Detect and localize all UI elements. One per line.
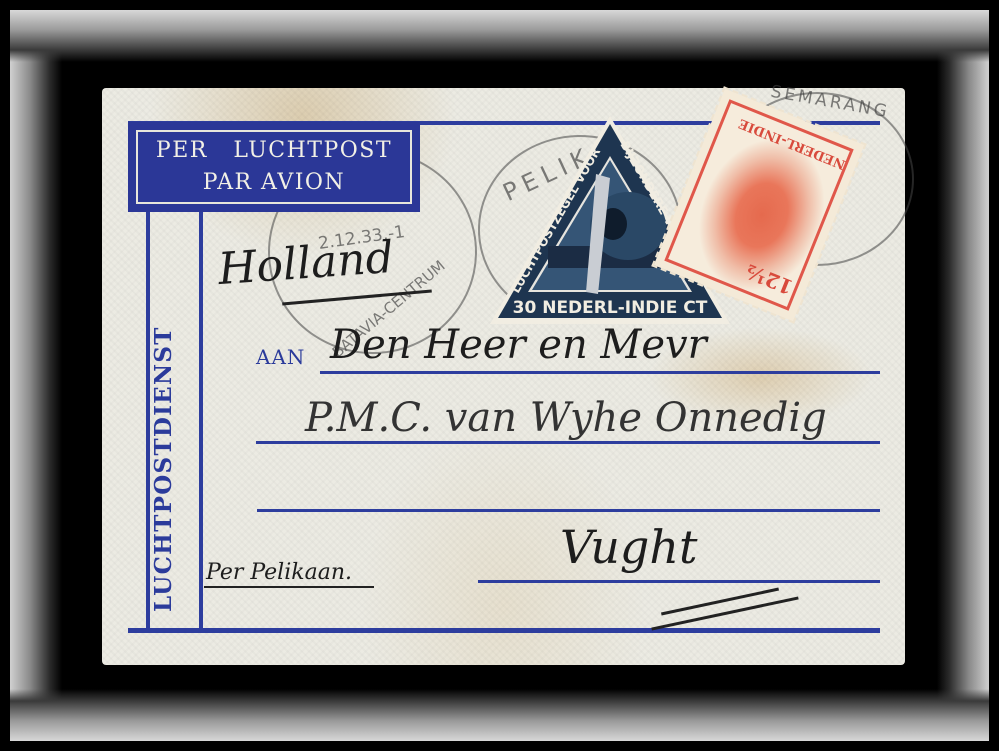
handwritten-address-line1: Den Heer en Mevr: [330, 322, 707, 368]
address-line-1: [320, 371, 880, 374]
airmail-label: PER LUCHTPOST PAR AVION: [128, 122, 420, 212]
bottom-rule: [128, 628, 880, 633]
address-prefix: AAN: [256, 345, 305, 369]
airmail-label-line2: PAR AVION: [130, 170, 418, 195]
handwritten-address-line3: Vught: [560, 520, 697, 574]
stamp-bottom-text: 30 NEDERL-INDIE CT: [513, 298, 708, 318]
address-line-2: [256, 441, 880, 444]
address-line-3: [257, 509, 880, 512]
address-line-4: [478, 580, 880, 583]
side-panel-right-border: [199, 212, 203, 632]
airmail-label-line1: PER LUCHTPOST: [130, 138, 418, 163]
handwritten-routing-note: Per Pelikaan.: [206, 560, 352, 585]
luchtpostdienst-label: LUCHTPOSTDIENST: [150, 326, 177, 612]
routing-note-underline: [204, 586, 374, 588]
handwritten-address-line2: P.M.C. van Wyhe Onnedig: [305, 395, 827, 441]
